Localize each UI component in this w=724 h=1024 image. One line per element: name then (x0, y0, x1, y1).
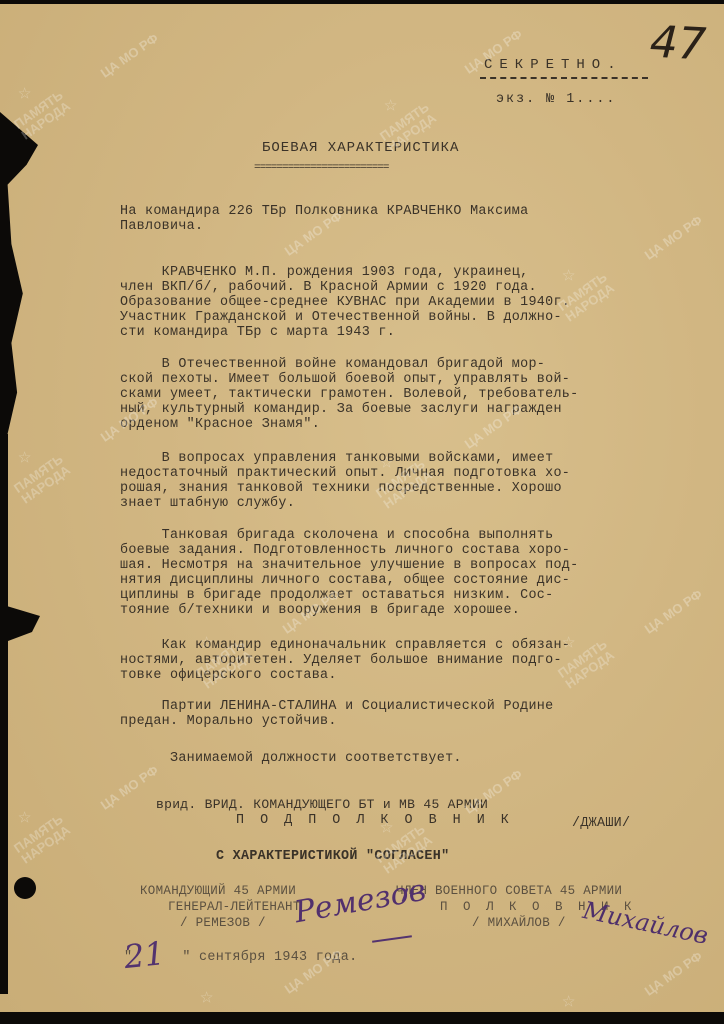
text-line: КРАВЧЕНКО М.П. рождения 1903 года, украи… (120, 265, 710, 280)
commander-title: КОМАНДУЮЩИЙ 45 АРМИИ (140, 884, 296, 899)
page-number: 47 (649, 17, 708, 71)
signatory-rank: П О Д П О Л К О В Н И К (236, 813, 513, 828)
subject-line-1: На командира 226 ТБр Полковника КРАВЧЕНК… (120, 204, 710, 219)
text-line: шая. Несмотря на значительное улучшение … (120, 558, 710, 573)
text-line: знает штабную службу. (120, 496, 710, 511)
watermark-project: ПАМЯТЬ НАРОДА (12, 812, 73, 866)
text-line: Как командир единоначальник справляется … (120, 638, 710, 653)
text-line: нятия дисциплины личного состава, общее … (120, 573, 710, 588)
date-day-handwritten: 21 (122, 934, 166, 976)
watermark-archive: ЦА МО РФ (642, 948, 705, 999)
paragraph-tank-command: В вопросах управления танковыми войсками… (120, 451, 710, 511)
star-icon: ☆ (18, 804, 31, 830)
text-line: член ВКП/б/, рабочий. В Красной Армии с … (120, 280, 710, 295)
document-page: 47 СЕКРЕТНО. экз. № 1.... БОЕВАЯ ХАРАКТЕ… (0, 4, 724, 1014)
text-line: Образование общее-среднее КУВНАС при Ака… (120, 295, 710, 310)
text-line: тояние б/техники и вооружения в бригаде … (120, 603, 710, 618)
title-underline: ======================== (254, 161, 388, 176)
text-line: ный, культурный командир. За боевые засл… (120, 402, 710, 417)
text-line: орденом "Красное Знамя". (120, 417, 710, 432)
star-icon: ☆ (562, 988, 575, 1014)
text-line: ностями, авторитетен. Уделяет большое вн… (120, 653, 710, 668)
star-icon: ☆ (384, 92, 397, 118)
text-line: боевые задания. Подготовленность личного… (120, 543, 710, 558)
council-member-name: / МИХАЙЛОВ / (472, 916, 566, 931)
signatory-position: врид. ВРИД. КОМАНДУЮЩЕГО БТ и МВ 45 АРМИ… (156, 797, 488, 812)
text-line: сти командира ТБр с марта 1943 г. (120, 325, 710, 340)
commander-rank: ГЕНЕРАЛ-ЛЕЙТЕНАНТ (168, 900, 301, 915)
paragraph-loyalty: Партии ЛЕНИНА-СТАЛИНА и Социалистической… (120, 699, 710, 729)
text-line: Занимаемой должности соответствует. (120, 751, 710, 766)
document-title: БОЕВАЯ ХАРАКТЕРИСТИКА (262, 141, 459, 156)
paragraph-leadership: Как командир единоначальник справляется … (120, 638, 710, 683)
scan-border (0, 1012, 724, 1024)
text-line: ской пехоты. Имеет большой боевой опыт, … (120, 372, 710, 387)
copy-number: экз. № 1.... (496, 92, 616, 107)
subject-line: На командира 226 ТБр Полковника КРАВЧЕНК… (120, 204, 710, 234)
signatory-name: /ДЖАШИ/ (572, 816, 630, 831)
paragraph-brigade-state: Танковая бригада сколочена и способна вы… (120, 528, 710, 618)
commander-name: / РЕМЕЗОВ / (180, 916, 266, 931)
text-line: рошая, знания танковой техники посредств… (120, 481, 710, 496)
mikhailov-signature: Михайлов (580, 896, 710, 950)
watermark-archive: ЦА МО РФ (98, 30, 161, 81)
text-line: недостаточный практический опыт. Личная … (120, 466, 710, 481)
classification-stamp: СЕКРЕТНО. (484, 58, 623, 73)
text-line: В Отечественной войне командовал бригадо… (120, 357, 710, 372)
star-icon: ☆ (200, 984, 213, 1010)
watermark-archive: ЦА МО РФ (98, 762, 161, 813)
text-line: циплины в бригаде продолжает оставаться … (120, 588, 710, 603)
scan-edge (0, 434, 8, 994)
paragraph-combat-experience: В Отечественной войне командовал бригадо… (120, 357, 710, 432)
paragraph-biography: КРАВЧЕНКО М.П. рождения 1903 года, украи… (120, 265, 710, 340)
remezov-signature: Ремезов (292, 873, 429, 930)
signature-stroke (372, 935, 412, 943)
paragraph-conclusion: Занимаемой должности соответствует. (120, 751, 710, 766)
approval-note: С ХАРАКТЕРИСТИКОЙ "СОГЛАСЕН" (216, 849, 449, 864)
torn-edge (0, 112, 38, 442)
punch-hole (14, 877, 36, 899)
text-line: Танковая бригада сколочена и способна вы… (120, 528, 710, 543)
text-line: сками умеет, тактически грамотен. Волево… (120, 387, 710, 402)
watermark-project: ПАМЯТЬ НАРОДА (12, 452, 73, 506)
text-line: В вопросах управления танковыми войсками… (120, 451, 710, 466)
star-icon: ☆ (18, 444, 31, 470)
text-line: Партии ЛЕНИНА-СТАЛИНА и Социалистической… (120, 699, 710, 714)
text-line: Участник Гражданской и Отечественной вой… (120, 310, 710, 325)
text-line: предан. Морально устойчив. (120, 714, 710, 729)
classification-underline (480, 77, 648, 79)
text-line: товке офицерского состава. (120, 668, 710, 683)
subject-line-2: Павловича. (120, 219, 710, 234)
star-icon: ☆ (18, 80, 31, 106)
